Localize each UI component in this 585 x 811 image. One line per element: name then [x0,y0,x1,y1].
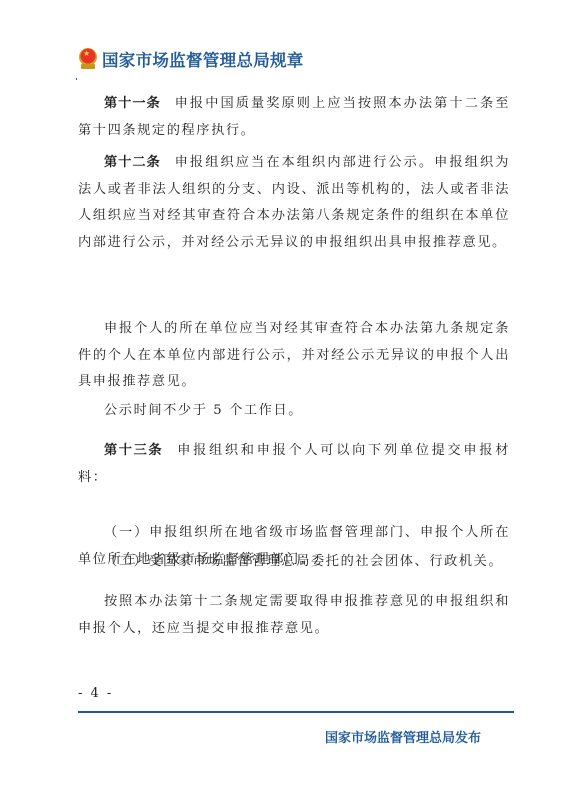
paragraph-recommendation: 按照本办法第十二条规定需要取得申报推荐意见的申报组织和申报个人，还应当提交申报推… [78,589,510,642]
item-2: （二）受国家市场监督管理总局委托的社会团体、行政机关。 [78,549,510,576]
article-label: 第十二条 [104,155,161,170]
paragraph-text: 申报个人的所在单位应当对经其审查符合本办法第九条规定条件的个人在本单位内部进行公… [78,321,510,389]
paragraph-text: 按照本办法第十二条规定需要取得申报推荐意见的申报组织和申报个人，还应当提交申报推… [78,594,510,636]
paragraph-publicity-period: 公示时间不少于 5 个工作日。 [78,398,510,425]
footer-divider [78,711,514,713]
article-label: 第十三条 [104,443,163,458]
paragraph-text: 公示时间不少于 5 个工作日。 [104,403,303,418]
page-number: - 4 - [78,686,113,701]
header-title: 国家市场监督管理总局规章 [102,47,304,71]
footer-publisher: 国家市场监督管理总局发布 [325,727,481,746]
article-13: 第十三条申报组织和申报个人可以向下列单位提交申报材料： [78,438,510,491]
article-12: 第十二条申报组织应当在本组织内部进行公示。申报组织为法人或者非法人组织的分支、内… [78,150,510,256]
national-emblem-icon: ★ [78,48,98,70]
decorative-dot [76,78,77,80]
document-header: ★ 国家市场监督管理总局规章 [78,47,304,71]
article-11: 第十一条申报中国质量奖原则上应当按照本办法第十二条至第十四条规定的程序执行。 [78,91,510,144]
article-label: 第十一条 [104,96,161,111]
paragraph-text: （二）受国家市场监督管理总局委托的社会团体、行政机关。 [104,554,503,569]
paragraph-individual: 申报个人的所在单位应当对经其审查符合本办法第九条规定条件的个人在本单位内部进行公… [78,316,510,396]
